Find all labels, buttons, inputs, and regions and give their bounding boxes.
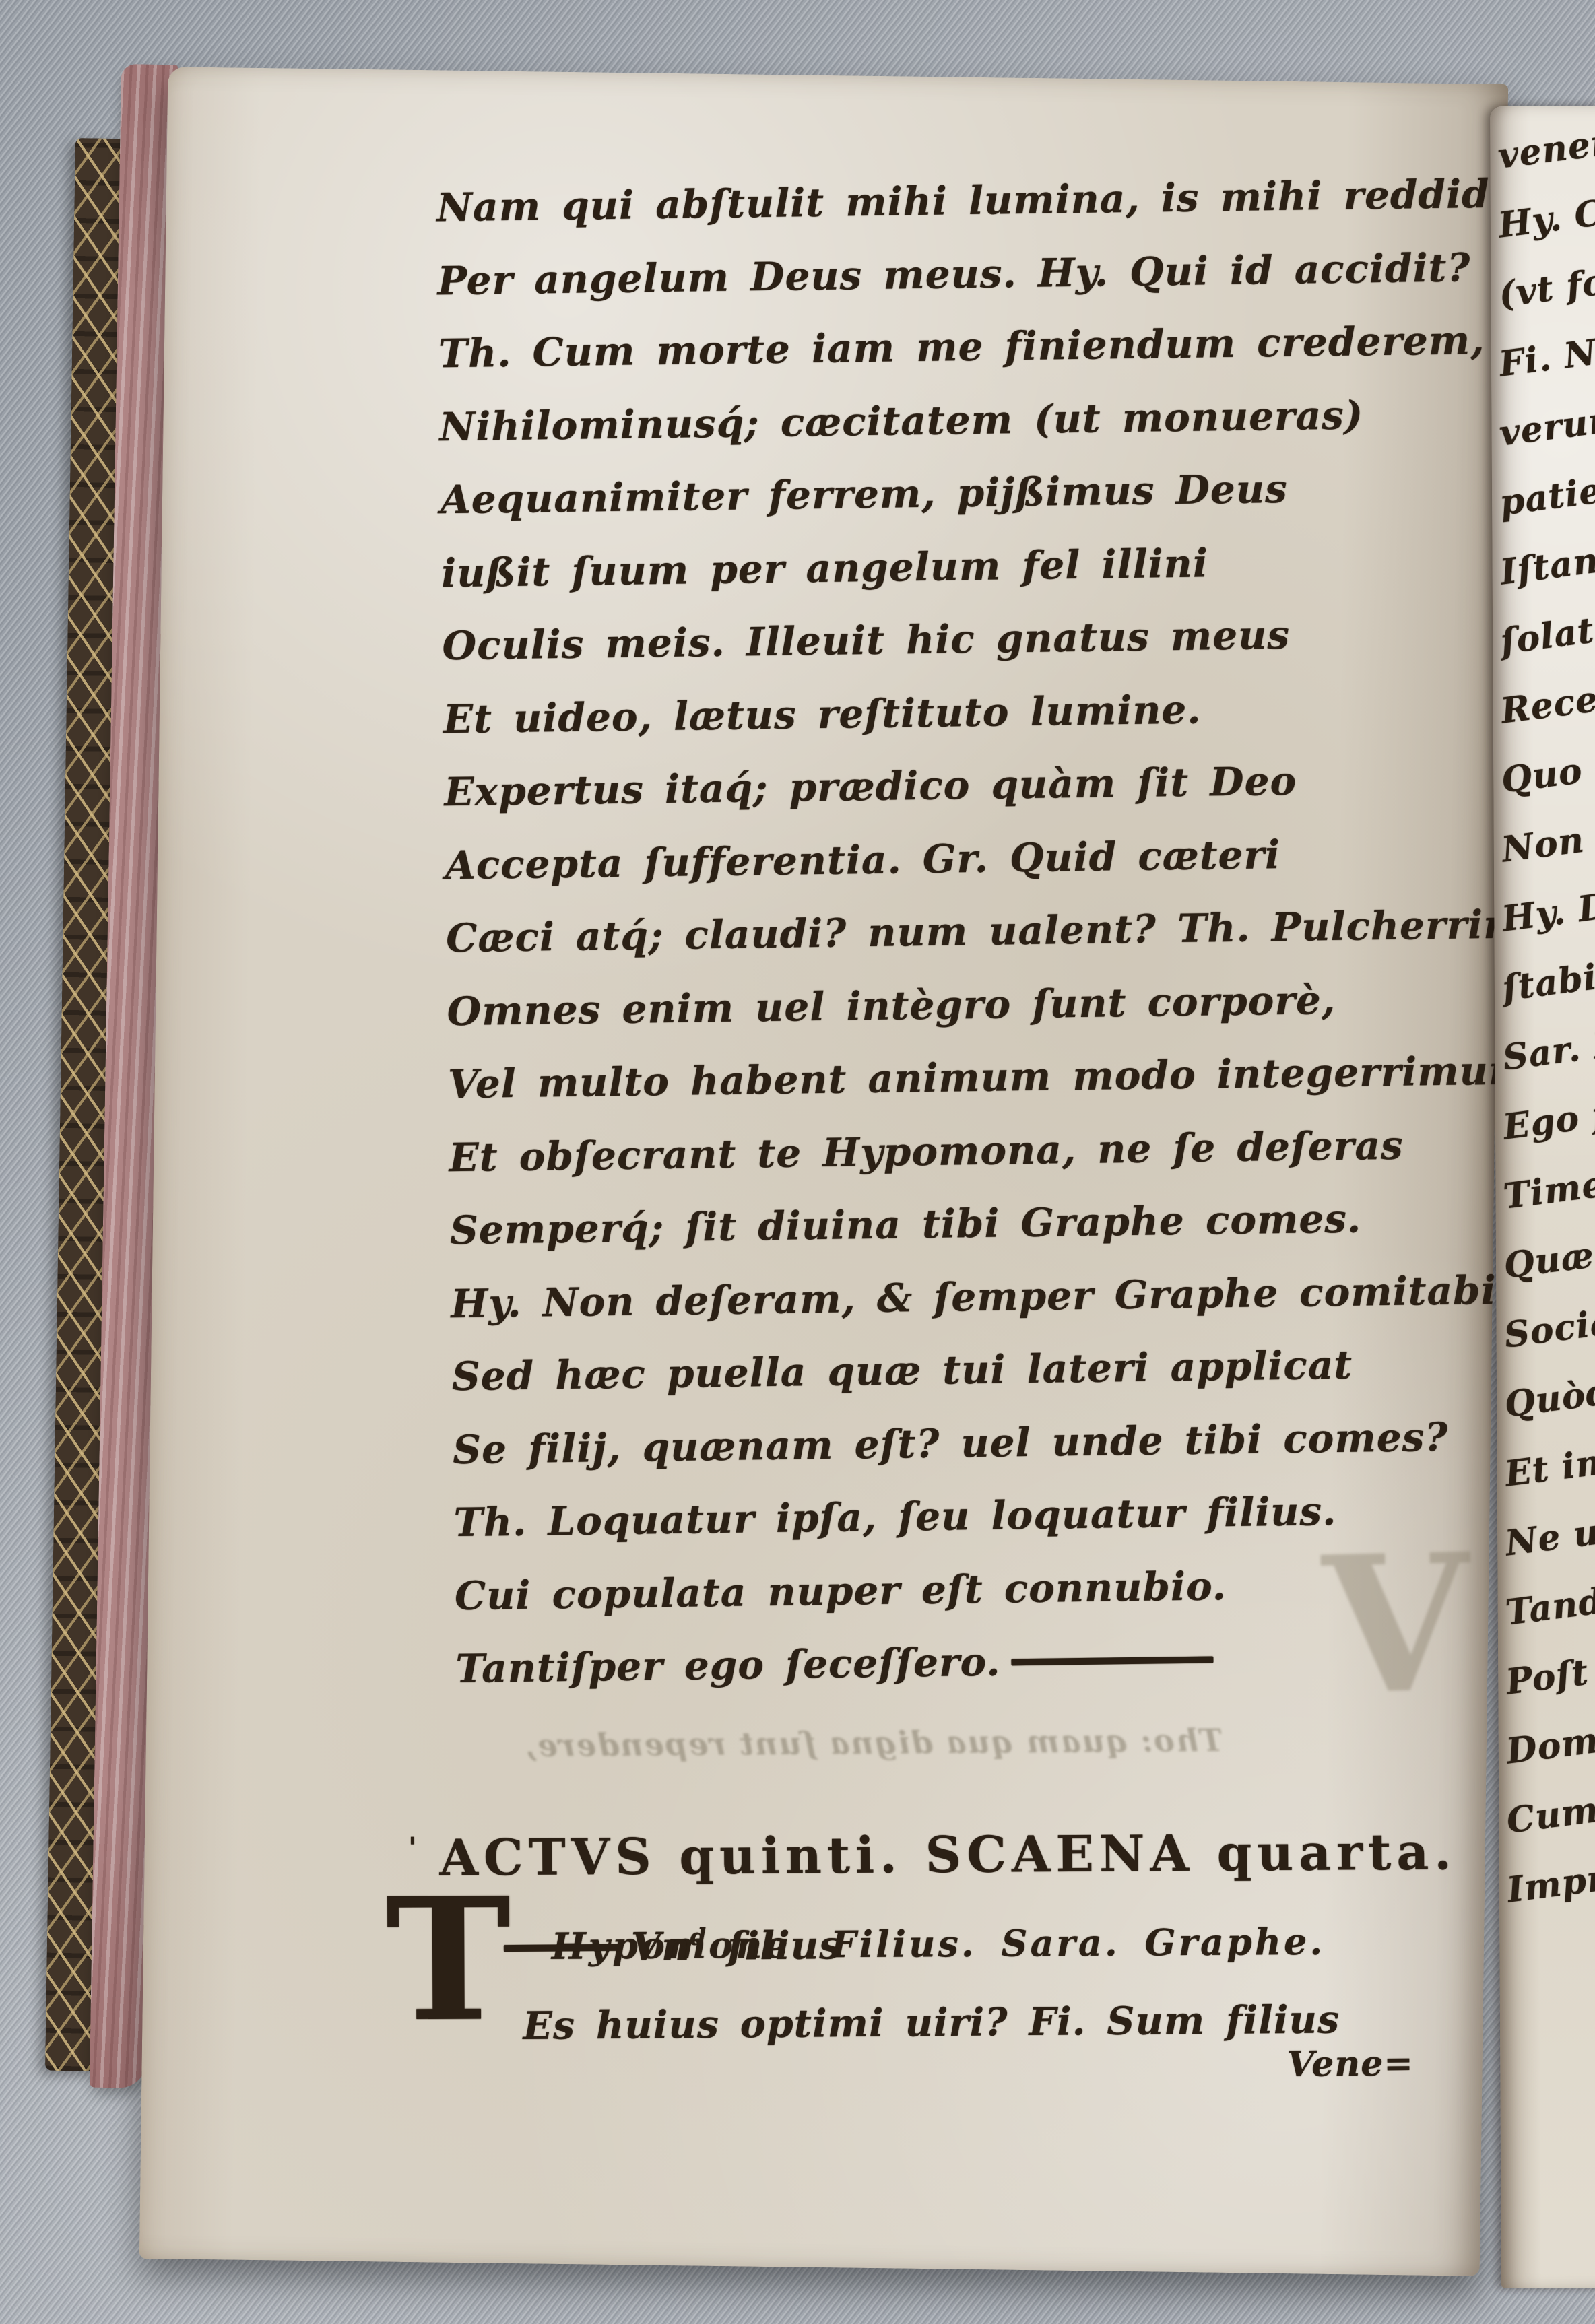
text-line: Hy. Non deſeram, & ſemper Graphe comitab… [451, 1253, 1529, 1340]
partial-text-line: Cum i [1504, 1786, 1595, 1842]
act-scene-heading: ' ACTVS quinti. SCAENA quarta. [393, 1823, 1471, 1888]
main-text-block: Nam qui abſtulit mihi lumina, is mihi re… [436, 157, 1534, 1705]
text-line: iußit ſuum per angelum fel illini [441, 523, 1519, 609]
text-line: Expertus itaq́; prædico quàm ſit Deo [444, 741, 1522, 828]
text-line: Th. Cum morte iam me finiendum crederem, [438, 303, 1516, 390]
opening-rest: filius [707, 1923, 841, 1969]
photo-scene: { "book": { "lines": [ "Nam qui abſtulit… [0, 0, 1595, 2324]
text-line: Vel multo habent animum modo integerrimu… [447, 1034, 1526, 1121]
text-line: Se filij, quænam eſt? uel unde tibi come… [453, 1399, 1531, 1486]
text-line: Th. Loquatur ipſa, ſeu loquatur filius. [453, 1472, 1532, 1559]
partial-text-line: Timent [1501, 1158, 1595, 1218]
partial-text-line: Ego ſar [1501, 1088, 1595, 1148]
text-line: Nihilominusq́; cæcitatem (ut monueras) [439, 376, 1518, 463]
left-book-page: V Tho: quam qua digna ſunt rependere, Na… [139, 67, 1508, 2276]
partial-text-line: Hy. Dic [1499, 881, 1595, 940]
partial-text-line: patientia [1497, 460, 1595, 524]
partial-text-line: ſtabilijt [1500, 949, 1595, 1009]
text-line: Accepta ſufferentia. Gr. Quid cæteri [445, 815, 1523, 902]
partial-text-line: Poſt in [1503, 1645, 1595, 1703]
drop-cap-initial: T [385, 1888, 511, 2030]
text-line: Nam qui abſtulit mihi lumina, is mihi re… [436, 157, 1514, 244]
partial-text-line: Ne uir [1503, 1507, 1595, 1564]
text-line: Omnes enim uel intègro ſunt corporè, [447, 961, 1525, 1048]
text-line: Aequanimiter ferrem, pijßimus Deus [440, 449, 1518, 536]
text-line: Semperq́; ſit diuina tibi Graphe comes. [449, 1180, 1528, 1267]
text-line: Et obſecrant te Hypomona, ne ſe deſeras [449, 1107, 1527, 1194]
partial-text-line: Non ſine [1499, 807, 1595, 870]
text-line: Per angelum Deus meus. Hy. Qui id accidi… [437, 230, 1516, 317]
partial-text-line: Dome [1504, 1717, 1595, 1772]
partial-text-line: Et imp [1503, 1437, 1595, 1495]
partial-text-line: Sar. Dic [1501, 1018, 1595, 1078]
catchword: Vene= [1287, 2043, 1414, 2085]
partial-text-line: Quòd e [1502, 1366, 1595, 1425]
partial-text-line: Iſtanc pu [1498, 529, 1595, 593]
text-line: Tantiſper ego ſeceſſero. [455, 1639, 1001, 1692]
partial-text-line: Sociata [1502, 1296, 1595, 1356]
text-line: Sed hæc puella quæ tui lateri applicat [451, 1326, 1530, 1413]
opening-word: Vn [631, 1924, 690, 1970]
partial-text-line: Tande [1503, 1577, 1595, 1633]
printers-rule [1011, 1656, 1213, 1665]
text-line-with-rule: Tantiſper ego ſeceſſero. [455, 1618, 1534, 1705]
partial-text-line: venerane [1496, 112, 1595, 176]
text-line: Oculis meis. Illeuit hic gnatus meus [442, 595, 1520, 682]
partial-text-line: verum I [1497, 394, 1595, 455]
partial-text-line: Hy. Ceda [1496, 183, 1595, 246]
partial-text-line: ſolatus e [1498, 599, 1595, 663]
partial-text-line: Quo geſt [1499, 738, 1595, 801]
text-line: Et uideo, lætus reſtituto lumine. [443, 669, 1521, 756]
right-page-sliver: venerane Hy. Ceda (vt form Fi. Nos p ver… [1490, 106, 1595, 2288]
partial-text-line: Fi. Nos p [1497, 321, 1595, 385]
partial-text-line: (vt form [1497, 254, 1595, 316]
partial-text-line: Recenſe [1499, 671, 1595, 732]
text-line: Cui copulata nuper eſt connubio. [454, 1546, 1532, 1632]
heading-text: ACTVS quinti. SCAENA quarta. [439, 1823, 1457, 1887]
printers-rule [504, 1944, 622, 1952]
text-line: Es huius optimi uiri? Fi. Sum filius [523, 1997, 1340, 2049]
partial-text-line: Impro [1505, 1855, 1595, 1911]
opening-line: Vnd filius [504, 1923, 842, 1970]
abbreviation-superscript: d [690, 1924, 707, 1951]
partial-text-line: Quæ in [1501, 1228, 1595, 1287]
showthrough-text-line: Tho: quam qua digna ſunt rependere, [368, 1721, 1379, 1765]
heading-mark: ' [408, 1832, 417, 1863]
text-line: Cæci atq́; claudi? num ualent? Th. Pulch… [446, 888, 1524, 974]
